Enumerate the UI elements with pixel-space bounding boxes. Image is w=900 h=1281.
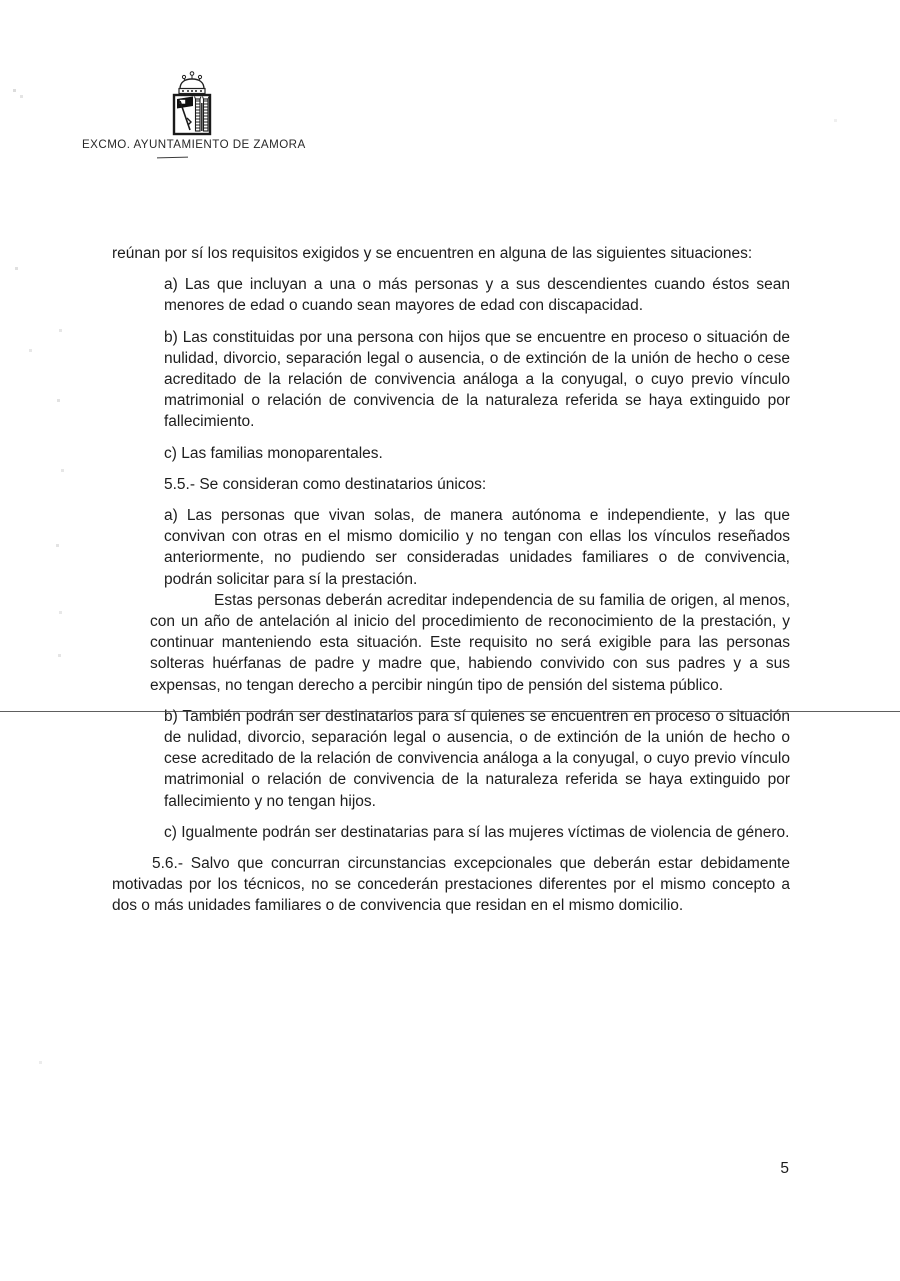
org-name-underline (157, 157, 188, 159)
section-5-5-paragraph-a-continued: Estas personas deberán acreditar indepen… (150, 590, 790, 696)
section-5-5-paragraph-a: a) Las personas que vivan solas, de mane… (164, 505, 790, 590)
page-number: 5 (755, 1160, 789, 1178)
section-5-5-paragraph-b: b) También podrán ser destinatarios para… (164, 706, 790, 812)
section-5-5-heading: 5.5.- Se consideran como destinatarios ú… (164, 474, 790, 495)
paragraph-intro: reúnan por sí los requisitos exigidos y … (112, 243, 790, 264)
zamora-coat-of-arms-icon (167, 70, 217, 138)
scan-noise-specks (0, 0, 1, 1)
list-item-a: a) Las que incluyan a una o más personas… (164, 274, 790, 316)
section-5-5-paragraph-c: c) Igualmente podrán ser destinatarias p… (164, 822, 790, 843)
org-name: EXCMO. AYUNTAMIENTO DE ZAMORA (82, 138, 402, 151)
section-5-6-paragraph: 5.6.- Salvo que concurran circunstancias… (112, 853, 790, 917)
document-text: reúnan por sí los requisitos exigidos y … (112, 243, 790, 927)
list-item-b: b) Las constituidas por una persona con … (164, 327, 790, 433)
document-page: EXCMO. AYUNTAMIENTO DE ZAMORA reúnan por… (0, 0, 900, 1281)
list-item-c: c) Las familias monoparentales. (164, 443, 790, 464)
horizontal-scan-fold-line (0, 711, 900, 712)
